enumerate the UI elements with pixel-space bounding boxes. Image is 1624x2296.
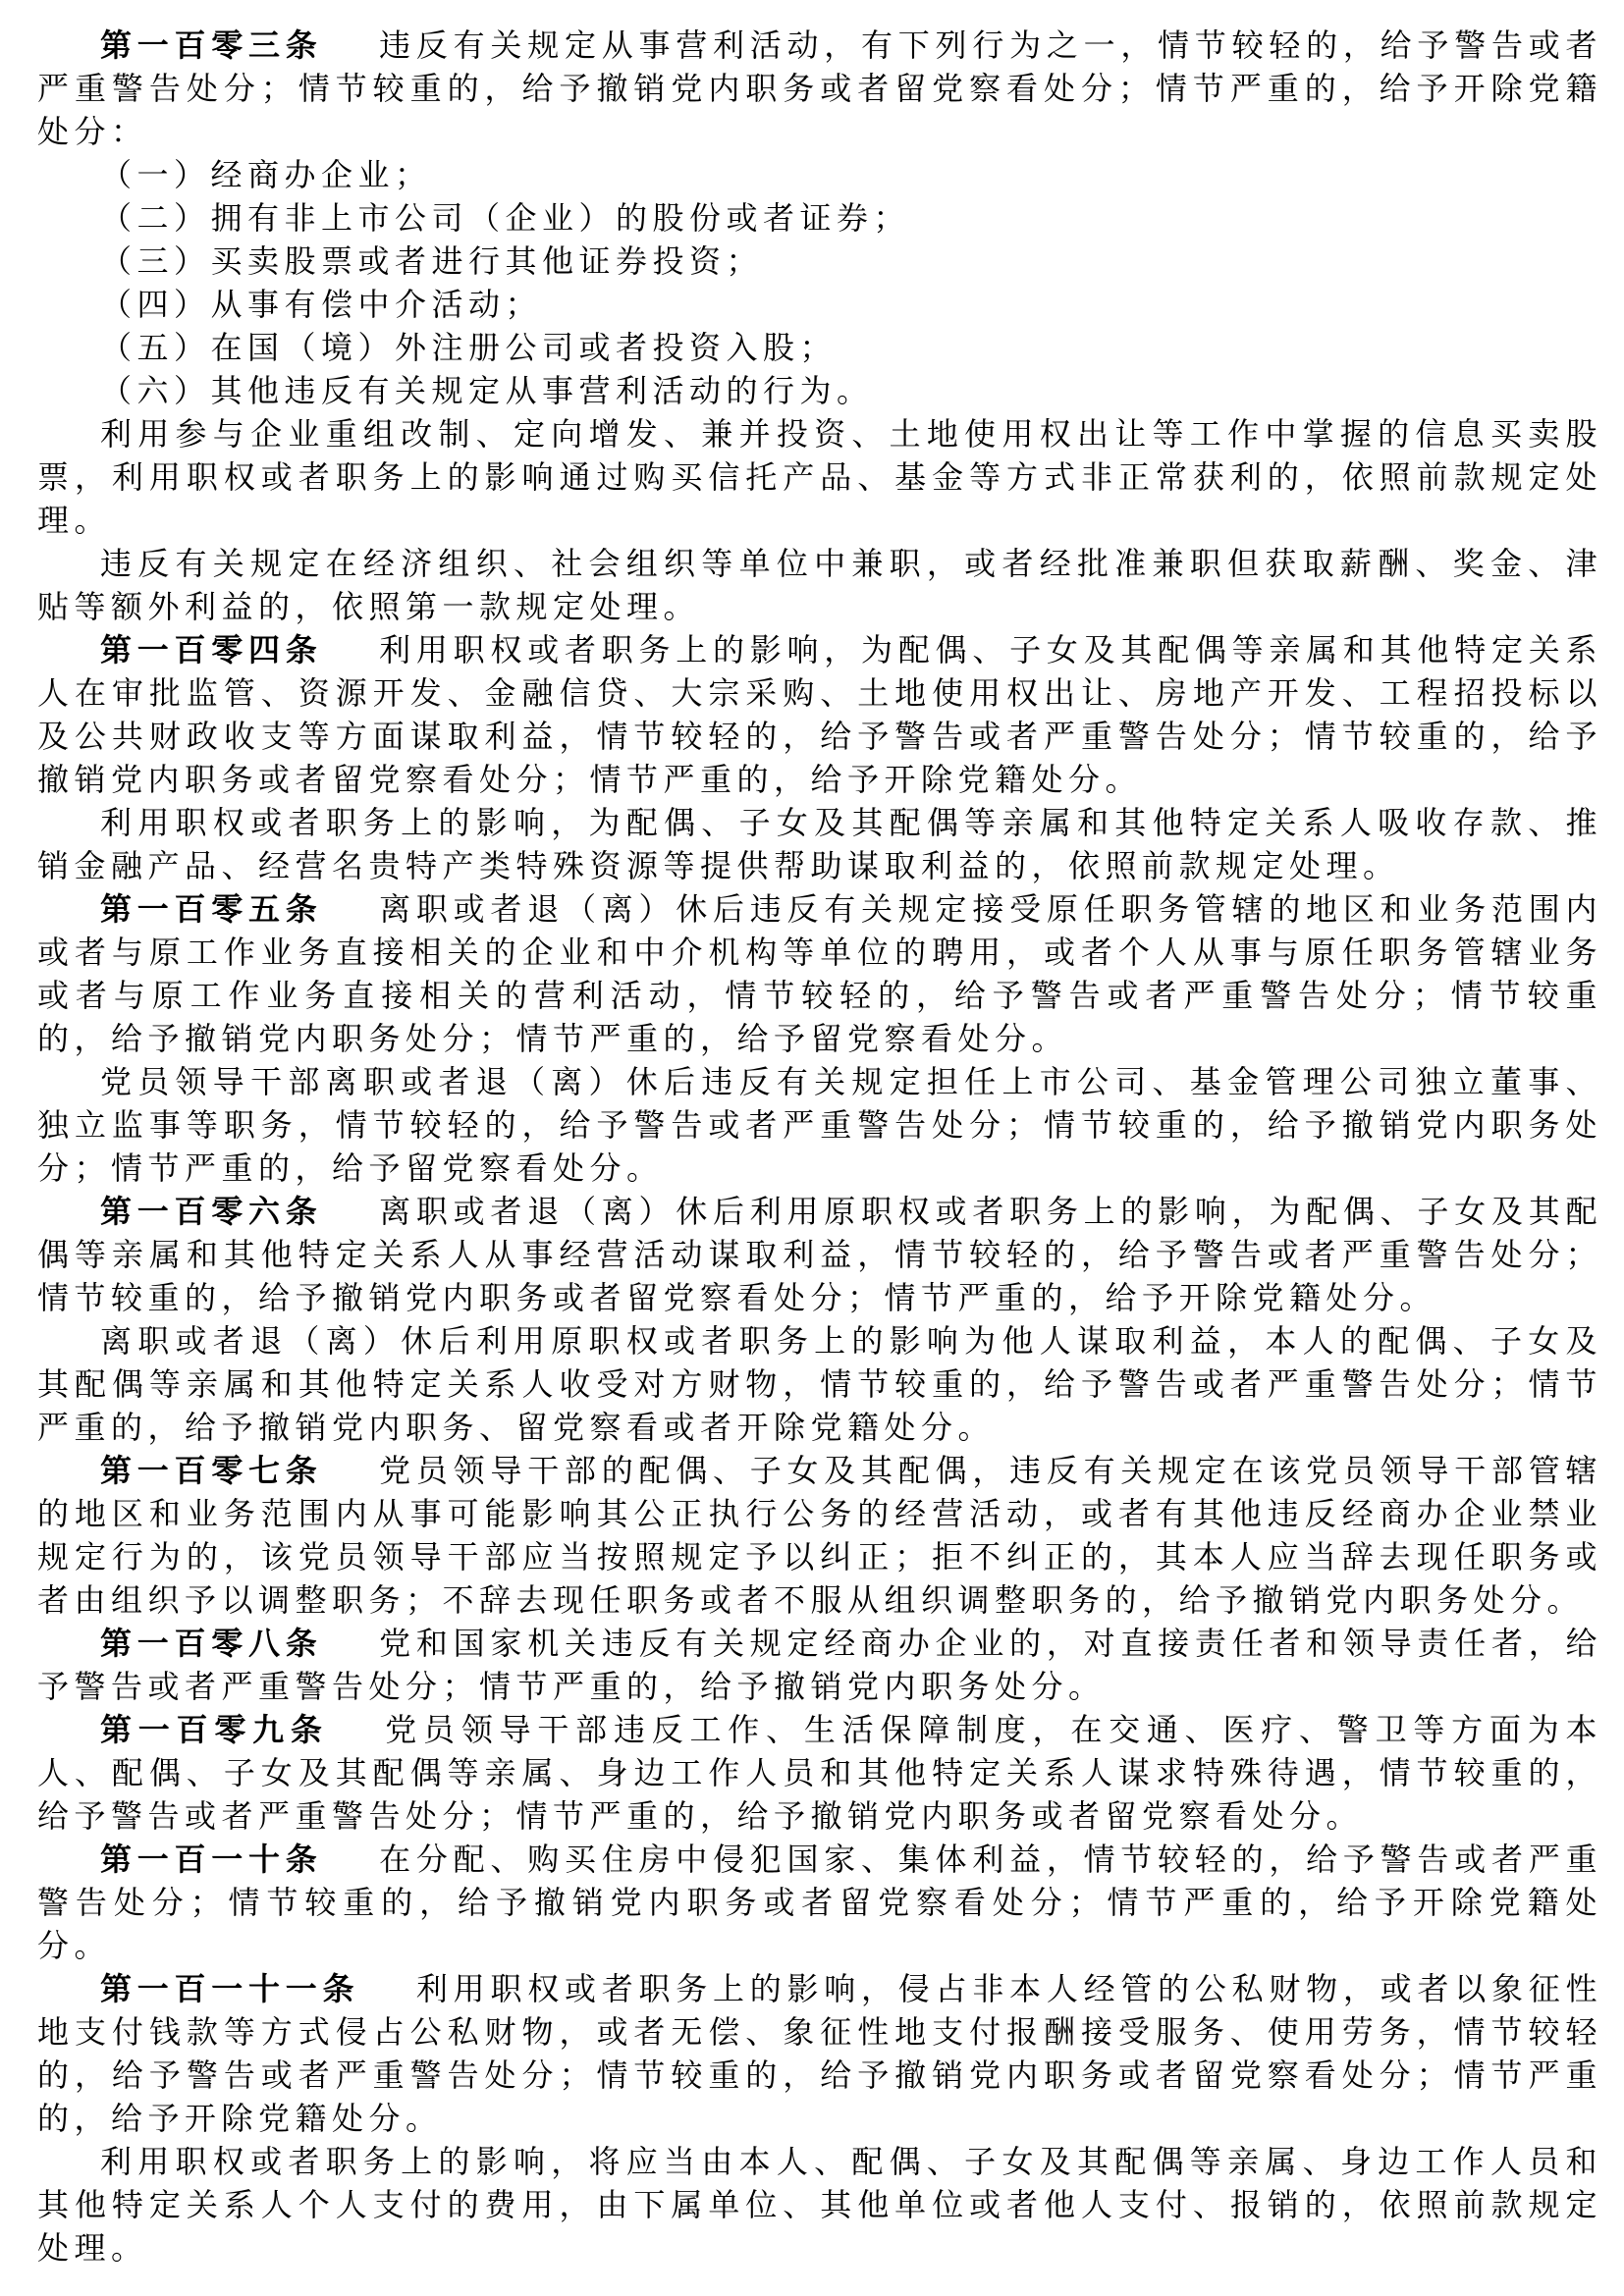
article-paragraph: 第一百零五条离职或者退（离）休后违反有关规定接受原任职务管辖的地区和业务范围内或… bbox=[37, 887, 1602, 1060]
article-paragraph: 第一百零三条违反有关规定从事营利活动，有下列行为之一，情节较轻的，给予警告或者严… bbox=[37, 24, 1602, 153]
body-paragraph: 离职或者退（离）休后利用原职权或者职务上的影响为他人谋取利益，本人的配偶、子女及… bbox=[37, 1319, 1602, 1449]
body-paragraph: 违反有关规定在经济组织、社会组织等单位中兼职，或者经批准兼职但获取薪酬、奖金、津… bbox=[37, 542, 1602, 628]
body-paragraph: 利用职权或者职务上的影响，将应当由本人、配偶、子女及其配偶等亲属、身边工作人员和… bbox=[37, 2140, 1602, 2269]
document-body: 第一百零三条违反有关规定从事营利活动，有下列行为之一，情节较轻的，给予警告或者严… bbox=[37, 24, 1602, 2269]
paragraph-text: （六）其他违反有关规定从事营利活动的行为。 bbox=[100, 373, 874, 408]
body-paragraph: 利用参与企业重组改制、定向增发、兼并投资、土地使用权出让等工作中掌握的信息买卖股… bbox=[37, 412, 1602, 542]
paragraph-text: 违反有关规定在经济组织、社会组织等单位中兼职，或者经批准兼职但获取薪酬、奖金、津… bbox=[37, 546, 1602, 624]
article-number: 第一百零四条 bbox=[100, 632, 323, 667]
article-number: 第一百零六条 bbox=[100, 1194, 323, 1229]
article-paragraph: 第一百零八条党和国家机关违反有关规定经商办企业的，对直接责任者和领导责任者，给予… bbox=[37, 1622, 1602, 1708]
article-paragraph: 第一百零七条党员领导干部的配偶、子女及其配偶，违反有关规定在该党员领导干部管辖的… bbox=[37, 1449, 1602, 1622]
article-paragraph: 第一百零四条利用职权或者职务上的影响，为配偶、子女及其配偶等亲属和其他特定关系人… bbox=[37, 628, 1602, 801]
article-number: 第一百一十一条 bbox=[100, 1971, 359, 2006]
paragraph-text: （一）经商办企业； bbox=[100, 157, 432, 192]
paragraph-text: （二）拥有非上市公司（企业）的股份或者证券； bbox=[100, 200, 910, 236]
article-paragraph: 第一百零六条离职或者退（离）休后利用原职权或者职务上的影响，为配偶、子女及其配偶… bbox=[37, 1190, 1602, 1319]
paragraph-text: 利用职权或者职务上的影响，为配偶、子女及其配偶等亲属和其他特定关系人吸收存款、推… bbox=[37, 805, 1602, 883]
body-paragraph: （一）经商办企业； bbox=[37, 153, 1602, 196]
paragraph-text: 利用参与企业重组改制、定向增发、兼并投资、土地使用权出让等工作中掌握的信息买卖股… bbox=[37, 416, 1602, 538]
document-page: 第一百零三条违反有关规定从事营利活动，有下列行为之一，情节较轻的，给予警告或者严… bbox=[0, 0, 1624, 2296]
paragraph-text: （三）买卖股票或者进行其他证券投资； bbox=[100, 243, 763, 279]
article-number: 第一百零八条 bbox=[100, 1626, 323, 1661]
article-number: 第一百零九条 bbox=[100, 1712, 329, 1747]
article-number: 第一百一十条 bbox=[100, 1842, 323, 1877]
body-paragraph: 利用职权或者职务上的影响，为配偶、子女及其配偶等亲属和其他特定关系人吸收存款、推… bbox=[37, 801, 1602, 887]
body-paragraph: （六）其他违反有关规定从事营利活动的行为。 bbox=[37, 369, 1602, 412]
body-paragraph: （三）买卖股票或者进行其他证券投资； bbox=[37, 240, 1602, 283]
article-number: 第一百零三条 bbox=[100, 27, 323, 63]
article-number: 第一百零五条 bbox=[100, 891, 323, 927]
paragraph-text: 党员领导干部离职或者退（离）休后违反有关规定担任上市公司、基金管理公司独立董事、… bbox=[37, 1064, 1602, 1186]
paragraph-text: （五）在国（境）外注册公司或者投资入股； bbox=[100, 330, 837, 365]
body-paragraph: （二）拥有非上市公司（企业）的股份或者证券； bbox=[37, 196, 1602, 240]
article-paragraph: 第一百一十条在分配、购买住房中侵犯国家、集体利益，情节较轻的，给予警告或者严重警… bbox=[37, 1838, 1602, 1967]
article-number: 第一百零七条 bbox=[100, 1453, 323, 1488]
article-paragraph: 第一百一十一条利用职权或者职务上的影响，侵占非本人经管的公私财物，或者以象征性地… bbox=[37, 1967, 1602, 2140]
paragraph-text: （四）从事有偿中介活动； bbox=[100, 287, 542, 322]
paragraph-text: 离职或者退（离）休后利用原职权或者职务上的影响为他人谋取利益，本人的配偶、子女及… bbox=[37, 1323, 1602, 1445]
body-paragraph: 党员领导干部离职或者退（离）休后违反有关规定担任上市公司、基金管理公司独立董事、… bbox=[37, 1060, 1602, 1190]
body-paragraph: （五）在国（境）外注册公司或者投资入股； bbox=[37, 326, 1602, 369]
article-paragraph: 第一百零九条党员领导干部违反工作、生活保障制度，在交通、医疗、警卫等方面为本人、… bbox=[37, 1708, 1602, 1838]
body-paragraph: （四）从事有偿中介活动； bbox=[37, 283, 1602, 326]
paragraph-text: 利用职权或者职务上的影响，将应当由本人、配偶、子女及其配偶等亲属、身边工作人员和… bbox=[37, 2144, 1602, 2266]
